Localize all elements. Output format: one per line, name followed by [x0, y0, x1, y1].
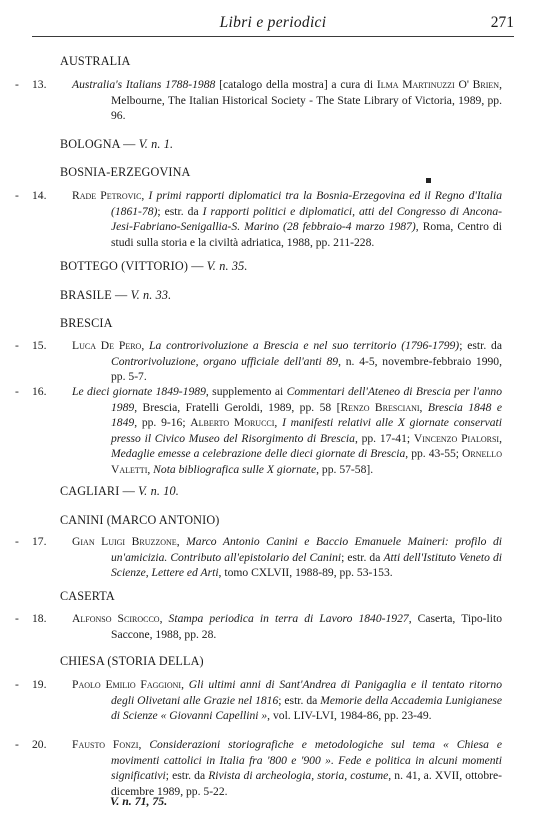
citation-text: ,: [177, 535, 186, 548]
scan-artifact: [426, 178, 431, 183]
entry-text: -Rade Petrovic, I primi rapporti diploma…: [63, 188, 502, 250]
title-text: Nota bibliografica sulle X giornate: [153, 463, 316, 476]
citation-text: , supplemento ai: [206, 385, 287, 398]
heading-text: CAGLIARI —: [60, 484, 138, 498]
author-name: Rade Petrovic: [72, 189, 141, 202]
heading-ref: V. n. 1.: [139, 137, 174, 151]
author-name: Renzo Bresciani: [340, 401, 419, 414]
heading-text: CHIESA (STORIA DELLA): [60, 654, 204, 668]
author-name: Alfonso Scirocco: [72, 612, 160, 625]
running-title: Libri e periodici: [32, 14, 514, 32]
citation-text: , tomo CXLVII, 1988-89, pp. 53-153.: [219, 566, 393, 579]
heading-text: BOTTEGO (VITTORIO) —: [60, 259, 207, 273]
heading-ref: V. n. 33.: [131, 288, 172, 302]
entry-number: 19.: [32, 677, 47, 693]
entry-number: 14.: [32, 188, 47, 204]
bibliography-entry-20: 20. -Fausto Fonzi, Considerazioni storio…: [32, 737, 502, 799]
citation-text: ,: [499, 432, 502, 445]
title-text: La controrivoluzione a Brescia e nel suo…: [149, 339, 459, 352]
entry-text: -Paolo Emilio Faggioni, Gli ultimi anni …: [63, 677, 502, 724]
author-name: Luca De Pero: [72, 339, 141, 352]
citation-text: , vol. LIV-LVI, 1984-86, pp. 23-49.: [267, 709, 431, 722]
heading-bologna: BOLOGNA — V. n. 1.: [60, 137, 173, 152]
entry-text: -Australia's Italians 1788-1988 [catalog…: [63, 77, 502, 124]
entry-number: 18.: [32, 611, 47, 627]
book-page: Libri e periodici 271 AUSTRALIA 13. -Aus…: [0, 0, 550, 827]
entry-dash: -: [63, 77, 72, 93]
citation-text: , pp. 57-58].: [316, 463, 373, 476]
heading-text: BOLOGNA —: [60, 137, 139, 151]
author-name: Gian Luigi Bruzzone: [72, 535, 177, 548]
entry-dash: -: [63, 384, 72, 400]
entry-number: 16.: [32, 384, 47, 400]
citation-text: ; estr. da: [278, 694, 320, 707]
author-name: Alberto Morucci: [190, 416, 274, 429]
heading-bosnia-erzegovina: BOSNIA-ERZEGOVINA: [60, 165, 191, 180]
entry-text: -Le dieci giornate 1849-1989, supplement…: [63, 384, 502, 478]
heading-text: CASERTA: [60, 589, 115, 603]
title-text: Controrivoluzione, organo ufficiale dell…: [111, 355, 338, 368]
heading-text: AUSTRALIA: [60, 54, 130, 68]
author-name: Vincenzo Pialorsi: [414, 432, 499, 445]
citation-text: [catalogo della mostra] a cura di: [215, 78, 377, 91]
citation-text: ,: [420, 401, 428, 414]
citation-text: , pp. 9-16;: [134, 416, 190, 429]
bibliography-entry-15: 15. -Luca De Pero, La controrivoluzione …: [32, 338, 502, 385]
citation-text: ,: [274, 416, 282, 429]
heading-text: BOSNIA-ERZEGOVINA: [60, 165, 191, 179]
heading-text: CANINI (MARCO ANTONIO): [60, 513, 219, 527]
heading-ref: V. n. 35.: [207, 259, 248, 273]
title-text: Medaglie emesse a celebrazione delle die…: [111, 447, 405, 460]
citation-text: , Brescia, Fratelli Geroldi, 1989, pp. 5…: [134, 401, 340, 414]
citation-text: , pp. 43-55;: [405, 447, 462, 460]
heading-caserta: CASERTA: [60, 589, 115, 604]
entry-text: -Luca De Pero, La controrivoluzione a Br…: [63, 338, 502, 385]
heading-brasile: BRASILE — V. n. 33.: [60, 288, 171, 303]
heading-cagliari: CAGLIARI — V. n. 10.: [60, 484, 179, 499]
heading-canini: CANINI (MARCO ANTONIO): [60, 513, 219, 528]
title-text: Australia's Italians 1788-1988: [72, 78, 215, 91]
running-head: Libri e periodici 271: [32, 12, 514, 34]
heading-chiesa: CHIESA (STORIA DELLA): [60, 654, 204, 669]
page-number: 271: [491, 14, 514, 32]
see-also-reference: V. n. 71, 75.: [110, 794, 167, 809]
citation-text: ; estr. da: [157, 205, 202, 218]
entry-dash: -: [63, 338, 72, 354]
citation-text: ; estr. da: [459, 339, 502, 352]
citation-text: ,: [160, 612, 169, 625]
author-name: Ilma Martinuzzi O' Brien: [377, 78, 499, 91]
entry-text: -Fausto Fonzi, Considerazioni storiograf…: [63, 737, 502, 799]
entry-text: -Gian Luigi Bruzzone, Marco Antonio Cani…: [63, 534, 502, 581]
heading-text: BRESCIA: [60, 316, 113, 330]
entry-dash: -: [63, 611, 72, 627]
citation-text: ,: [138, 738, 149, 751]
bibliography-entry-13: 13. -Australia's Italians 1788-1988 [cat…: [32, 77, 502, 124]
title-text: Rivista di archeologia, storia, costume: [208, 769, 388, 782]
heading-ref: V. n. 10.: [138, 484, 179, 498]
entry-dash: -: [63, 188, 72, 204]
heading-australia: AUSTRALIA: [60, 54, 130, 69]
citation-text: ; estr. da: [341, 551, 383, 564]
entry-dash: -: [63, 677, 72, 693]
heading-brescia: BRESCIA: [60, 316, 113, 331]
title-text: Le dieci giornate 1849-1989: [72, 385, 206, 398]
heading-text: BRASILE —: [60, 288, 131, 302]
entry-number: 17.: [32, 534, 47, 550]
author-name: Fausto Fonzi: [72, 738, 138, 751]
entry-number: 15.: [32, 338, 47, 354]
entry-dash: -: [63, 534, 72, 550]
citation-text: ; estr. da: [166, 769, 208, 782]
heading-bottego: BOTTEGO (VITTORIO) — V. n. 35.: [60, 259, 248, 274]
title-text: Stampa periodica in terra di Lavoro 1840…: [169, 612, 409, 625]
entry-dash: -: [63, 737, 72, 753]
citation-text: ,: [181, 678, 189, 691]
citation-text: , pp. 17-41;: [355, 432, 414, 445]
entry-number: 13.: [32, 77, 47, 93]
header-rule: [32, 36, 514, 37]
bibliography-entry-18: 18. -Alfonso Scirocco, Stampa periodica …: [32, 611, 502, 642]
citation-text: ,: [141, 339, 149, 352]
bibliography-entry-19: 19. -Paolo Emilio Faggioni, Gli ultimi a…: [32, 677, 502, 724]
bibliography-entry-17: 17. -Gian Luigi Bruzzone, Marco Antonio …: [32, 534, 502, 581]
bibliography-entry-14: 14. -Rade Petrovic, I primi rapporti dip…: [32, 188, 502, 250]
entry-text: -Alfonso Scirocco, Stampa periodica in t…: [63, 611, 502, 642]
bibliography-entry-16: 16. -Le dieci giornate 1849-1989, supple…: [32, 384, 502, 478]
entry-number: 20.: [32, 737, 47, 753]
author-name: Paolo Emilio Faggioni: [72, 678, 181, 691]
